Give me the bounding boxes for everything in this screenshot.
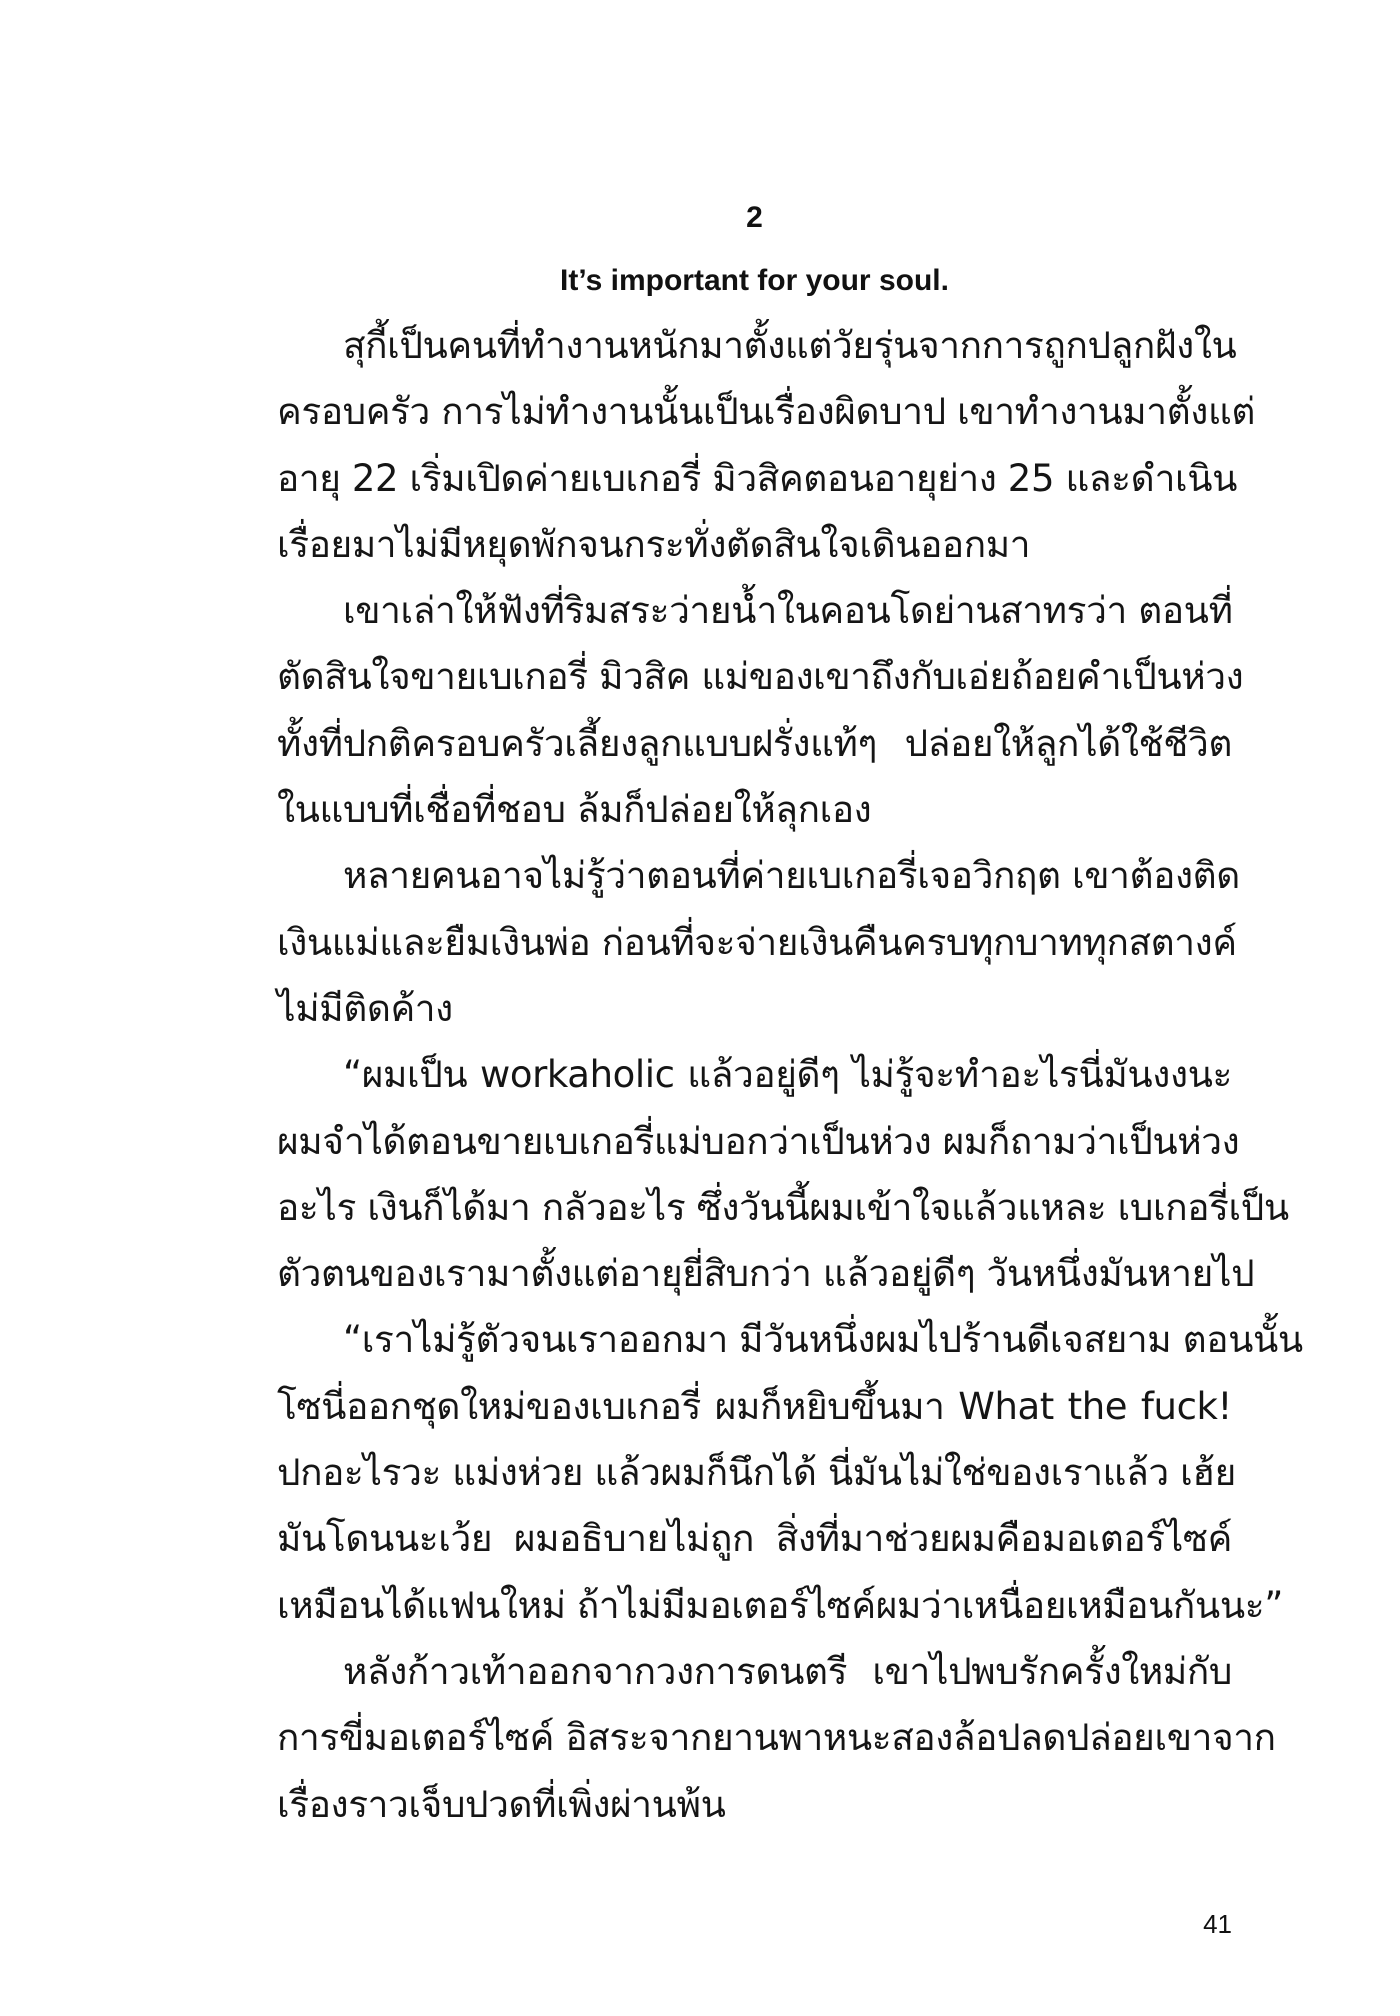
text-line: ทั้งที่ปกติครอบครัวเลี้ยงลูกแบบฝรั่งแท้ๆ…: [277, 711, 1232, 777]
text-line: “ผมเป็น workaholic แล้วอยู่ดีๆ ไม่รู้จะท…: [277, 1042, 1232, 1108]
paragraph-5-quote: “เราไม่รู้ตัวจนเราออกมา มีวันหนึ่งผมไปร้…: [277, 1307, 1232, 1638]
text-line: การขี่มอเตอร์ไซค์ อิสระจากยานพาหนะสองล้อ…: [277, 1705, 1232, 1771]
text-line: เรื่อยมาไม่มีหยุดพักจนกระทั่งตัดสินใจเดิ…: [277, 512, 1232, 578]
text-line: ครอบครัว การไม่ทำงานนั้นเป็นเรื่องผิดบาป…: [277, 379, 1232, 445]
text-line: เหมือนได้แฟนใหม่ ถ้าไม่มีมอเตอร์ไซค์ผมว่…: [277, 1573, 1232, 1639]
text-line: เงินแม่และยืมเงินพ่อ ก่อนที่จะจ่ายเงินคื…: [277, 910, 1232, 976]
text-line: “เราไม่รู้ตัวจนเราออกมา มีวันหนึ่งผมไปร้…: [277, 1307, 1232, 1373]
paragraph-2: เขาเล่าให้ฟังที่ริมสระว่ายน้ำในคอนโดย่าน…: [277, 578, 1232, 843]
text-line: ตัดสินใจขายเบเกอรี่ มิวสิค แม่ของเขาถึงก…: [277, 644, 1232, 710]
text-line: ปกอะไรวะ แม่งห่วย แล้วผมก็นึกได้ นี่มันไ…: [277, 1440, 1232, 1506]
paragraph-4-quote: “ผมเป็น workaholic แล้วอยู่ดีๆ ไม่รู้จะท…: [277, 1042, 1232, 1307]
body-text: สุกี้เป็นคนที่ทำงานหนักมาตั้งแต่วัยรุ่นจ…: [277, 313, 1232, 1838]
text-line: ไม่มีติดค้าง: [277, 976, 1232, 1042]
text-line: หลังก้าวเท้าออกจากวงการดนตรี เขาไปพบรักค…: [277, 1639, 1232, 1705]
chapter-title: It’s important for your soul.: [277, 262, 1232, 300]
paragraph-6: หลังก้าวเท้าออกจากวงการดนตรี เขาไปพบรักค…: [277, 1639, 1232, 1838]
text-line: ผมจำได้ตอนขายเบเกอรี่แม่บอกว่าเป็นห่วง ผ…: [277, 1109, 1232, 1175]
text-line: อายุ 22 เริ่มเปิดค่ายเบเกอรี่ มิวสิคตอนอ…: [277, 446, 1232, 512]
chapter-number: 2: [277, 200, 1232, 236]
text-line: เขาเล่าให้ฟังที่ริมสระว่ายน้ำในคอนโดย่าน…: [277, 578, 1232, 644]
book-page: 2 It’s important for your soul. สุกี้เป็…: [0, 0, 1400, 2016]
text-line: ในแบบที่เชื่อที่ชอบ ล้มก็ปล่อยให้ลุกเอง: [277, 777, 1232, 843]
text-line: มันโดนนะเว้ย ผมอธิบายไม่ถูก สิ่งที่มาช่ว…: [277, 1506, 1232, 1572]
text-line: ตัวตนของเรามาตั้งแต่อายุยี่สิบกว่า แล้วอ…: [277, 1241, 1232, 1307]
page-number: 41: [1203, 1908, 1232, 1940]
paragraph-1: สุกี้เป็นคนที่ทำงานหนักมาตั้งแต่วัยรุ่นจ…: [277, 313, 1232, 578]
text-line: เรื่องราวเจ็บปวดที่เพิ่งผ่านพ้น: [277, 1772, 1232, 1838]
paragraph-3: หลายคนอาจไม่รู้ว่าตอนที่ค่ายเบเกอรี่เจอว…: [277, 843, 1232, 1042]
text-line: อะไร เงินก็ได้มา กลัวอะไร ซึ่งวันนี้ผมเข…: [277, 1175, 1232, 1241]
text-line: หลายคนอาจไม่รู้ว่าตอนที่ค่ายเบเกอรี่เจอว…: [277, 843, 1232, 909]
text-line: โซนี่ออกชุดใหม่ของเบเกอรี่ ผมก็หยิบขึ้นม…: [277, 1374, 1232, 1440]
text-line: สุกี้เป็นคนที่ทำงานหนักมาตั้งแต่วัยรุ่นจ…: [277, 313, 1232, 379]
